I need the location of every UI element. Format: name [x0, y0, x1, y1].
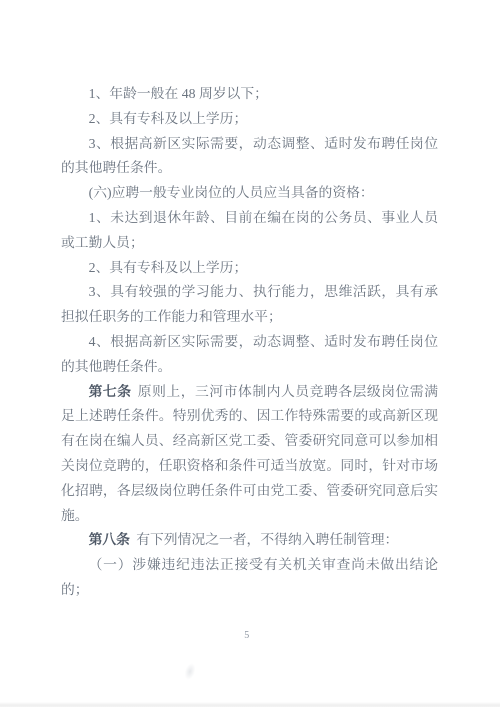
- paragraph-text: 原则上，三河市体制内人员竞聘各层级岗位需满足上述聘任条件。特别优秀的、因工作特殊…: [61, 384, 438, 523]
- document-page: 1、年龄一般在 48 周岁以下； 2、具有专科及以上学历； 3、根据高新区实际需…: [0, 0, 500, 707]
- document-paragraph: 3、根据高新区实际需要，动态调整、适时发布聘任岗位的其他聘任条件。: [61, 132, 438, 182]
- document-paragraph: 1、未达到退休年龄、目前在编在岗的公务员、事业人员或工勤人员；: [61, 206, 438, 256]
- document-paragraph: (六)应聘一般专业岗位的人员应当具备的资格：: [61, 181, 438, 206]
- paragraph-text: 1、未达到退休年龄、目前在编在岗的公务员、事业人员或工勤人员；: [61, 210, 438, 250]
- paragraph-text: （一）涉嫌违纪违法正接受有关机关审查尚未做出结论的；: [61, 557, 438, 597]
- document-paragraph: 第八条有下列情况之一者，不得纳入聘任制管理：: [61, 528, 438, 553]
- document-paragraph: （一）涉嫌违纪违法正接受有关机关审查尚未做出结论的；: [61, 553, 438, 603]
- document-paragraph: 2、具有专科及以上学历；: [61, 107, 438, 132]
- paragraph-text: (六)应聘一般专业岗位的人员应当具备的资格：: [89, 185, 374, 200]
- paragraph-text: 3、根据高新区实际需要，动态调整、适时发布聘任岗位的其他聘任条件。: [61, 136, 438, 176]
- scan-bottom-edge: [0, 702, 500, 707]
- article-label: 第八条: [89, 532, 130, 547]
- document-paragraph: 3、具有较强的学习能力、执行能力，思维活跃，具有承担拟任职务的工作能力和管理水平…: [61, 280, 438, 330]
- paragraph-text: 4、根据高新区实际需要，动态调整、适时发布聘任岗位的其他聘任条件。: [61, 334, 438, 374]
- document-content: 1、年龄一般在 48 周岁以下； 2、具有专科及以上学历； 3、根据高新区实际需…: [61, 82, 438, 603]
- paragraph-text: 有下列情况之一者，不得纳入聘任制管理：: [136, 532, 398, 547]
- paragraph-text: 3、具有较强的学习能力、执行能力，思维活跃，具有承担拟任职务的工作能力和管理水平…: [61, 284, 438, 324]
- page-number: 5: [0, 630, 494, 641]
- article-label: 第七条: [89, 384, 132, 399]
- document-paragraph: 4、根据高新区实际需要，动态调整、适时发布聘任岗位的其他聘任条件。: [61, 330, 438, 380]
- paragraph-text: 2、具有专科及以上学历；: [89, 111, 248, 126]
- paragraph-text: 2、具有专科及以上学历；: [89, 260, 248, 275]
- document-paragraph: 2、具有专科及以上学历；: [61, 256, 438, 281]
- document-paragraph: 1、年龄一般在 48 周岁以下；: [61, 82, 438, 107]
- document-paragraph: 第七条原则上，三河市体制内人员竞聘各层级岗位需满足上述聘任条件。特别优秀的、因工…: [61, 380, 438, 529]
- paragraph-text: 1、年龄一般在 48 周岁以下；: [89, 86, 268, 101]
- scan-smudge-artifact: [183, 662, 198, 681]
